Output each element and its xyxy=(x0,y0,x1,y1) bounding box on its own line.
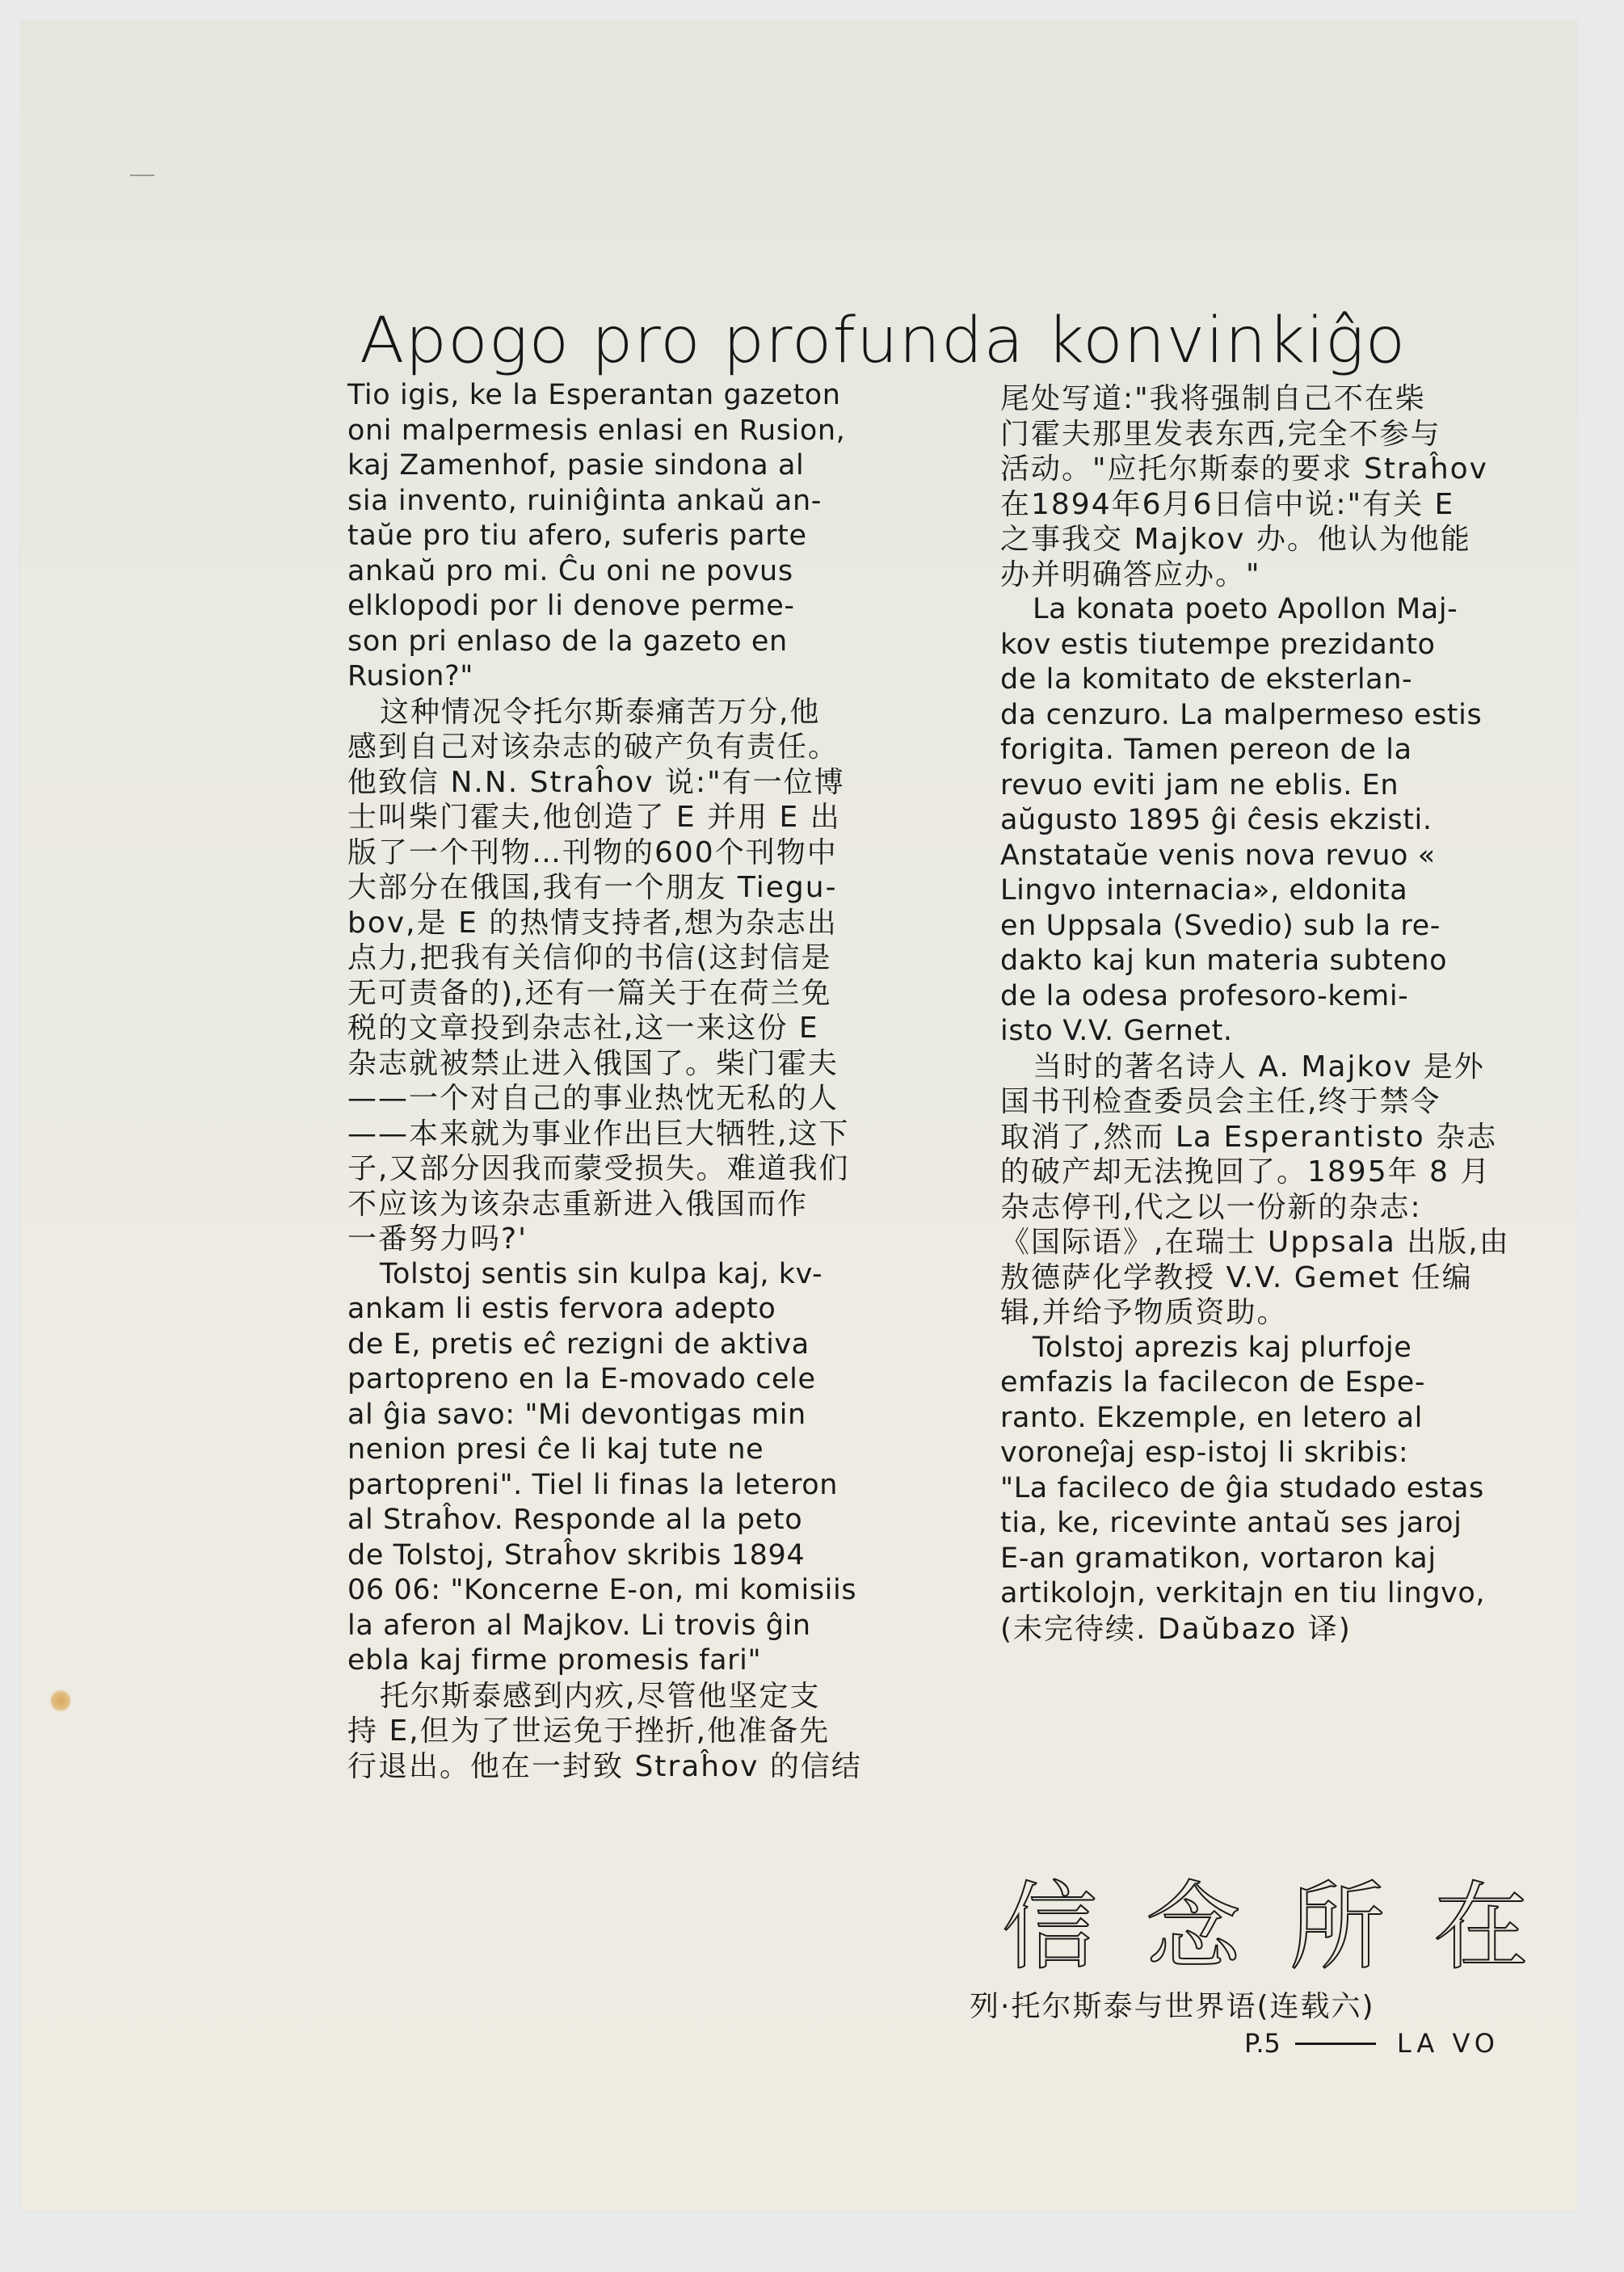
text-line: aŭgusto 1895 ĝi ĉesis ekzisti. xyxy=(1000,803,1598,839)
text-line: 杂志就被禁止进入俄国了。柴门霍夫 xyxy=(347,1046,961,1082)
text-line: artikolojn, verkitajn en tiu lingvo, xyxy=(1000,1576,1598,1612)
text-line: 辑,并给予物质资助。 xyxy=(1000,1295,1598,1331)
text-line: nenion presi ĉe li kaj tute ne xyxy=(347,1433,961,1468)
publication-name: LA VO xyxy=(1397,2028,1500,2059)
article-title: Apogo pro profunda konvinkiĝo xyxy=(360,305,1406,377)
calligraphy-heading: 信念所在 xyxy=(1002,1850,1577,1988)
text-line: 不应该为该杂志重新进入俄国而作 xyxy=(347,1187,961,1222)
text-line: Rusion?" xyxy=(347,659,961,695)
text-line: 之事我交 Majkov 办。他认为他能 xyxy=(1000,522,1598,557)
text-line: la aferon al Majkov. Li trovis ĝin xyxy=(347,1609,961,1644)
text-line: voroneĵaj esp-istoj li skribis: xyxy=(1000,1436,1598,1471)
text-line: 大部分在俄国,我有一个朋友 Tiegu- xyxy=(347,870,961,906)
text-line: bov,是 E 的热情支持者,想为杂志出 xyxy=(347,906,961,941)
text-line: 他致信 N.N. Straĥov 说:"有一位博 xyxy=(347,765,961,801)
text-line: La konata poeto Apollon Maj- xyxy=(1000,592,1598,628)
text-line: partopreno en la E-movado cele xyxy=(347,1362,961,1398)
text-line: de E, pretis eĉ rezigni de aktiva xyxy=(347,1327,961,1363)
text-line: Tolstoj sentis sin kulpa kaj, kv- xyxy=(347,1257,961,1293)
text-line: kaj Zamenhof, pasie sindona al xyxy=(347,448,961,484)
text-line: Tio igis, ke la Esperantan gazeton xyxy=(347,378,961,414)
text-line: isto V.V. Gernet. xyxy=(1000,1014,1598,1050)
series-subtitle: 列·托尔斯泰与世界语(连载六) xyxy=(970,1984,1375,2025)
text-line: Tolstoj aprezis kaj plurfoje xyxy=(1000,1331,1598,1366)
text-line: 版了一个刊物…刊物的600个刊物中 xyxy=(347,835,961,871)
text-line: 取消了,然而 La Esperantisto 杂志 xyxy=(1000,1120,1598,1155)
text-line: taŭe pro tiu afero, suferis parte xyxy=(347,519,961,554)
text-line: ——本来就为事业作出巨大牺牲,这下 xyxy=(347,1117,961,1152)
text-line: 《国际语》,在瑞士 Uppsala 出版,由 xyxy=(1000,1225,1598,1260)
text-line: de Tolstoj, Straĥov skribis 1894 xyxy=(347,1538,961,1574)
text-line: de la komitato de eksterlan- xyxy=(1000,663,1598,698)
text-line: 税的文章投到杂志社,这一来这份 E xyxy=(347,1011,961,1046)
text-line: 当时的著名诗人 A. Majkov 是外 xyxy=(1000,1050,1598,1085)
footer-rule xyxy=(1295,2043,1376,2045)
text-line: da cenzuro. La malpermeso estis xyxy=(1000,698,1598,734)
text-line: 活动。"应托尔斯泰的要求 Straĥov xyxy=(1000,452,1598,487)
text-line: E-an gramatikon, vortaron kaj xyxy=(1000,1542,1598,1577)
text-line: ankam li estis fervora adepto xyxy=(347,1292,961,1327)
text-line: 这种情况令托尔斯泰痛苦万分,他 xyxy=(347,695,961,730)
text-line: tia, ke, ricevinte antaŭ ses jaroj xyxy=(1000,1506,1598,1542)
text-line: 托尔斯泰感到内疚,尽管他坚定支 xyxy=(347,1679,961,1715)
text-line: 点力,把我有关信仰的书信(这封信是 xyxy=(347,940,961,976)
text-line: ——一个对自己的事业热忱无私的人 xyxy=(347,1081,961,1117)
text-line: sia invento, ruiniĝinta ankaŭ an- xyxy=(347,484,961,520)
text-line: 国书刊检查委员会主任,终于禁令 xyxy=(1000,1084,1598,1120)
text-line: 敖德萨化学教授 V.V. Gemet 任编 xyxy=(1000,1260,1598,1296)
page-footer: P.5 LA VO xyxy=(1244,2028,1500,2059)
text-line: ebla kaj firme promesis fari" xyxy=(347,1643,961,1679)
page-number: P.5 xyxy=(1244,2028,1281,2059)
text-line: 门霍夫那里发表东西,完全不参与 xyxy=(1000,417,1598,452)
text-line: "La facileco de ĝia studado estas xyxy=(1000,1471,1598,1507)
text-line: (未完待续. Daŭbazo 译) xyxy=(1000,1612,1598,1647)
text-line: 06 06: "Koncerne E-on, mi komisiis xyxy=(347,1573,961,1609)
text-line: 行退出。他在一封致 Straĥov 的信结 xyxy=(347,1749,961,1785)
text-line: 的破产却无法挽回了。1895年 8 月 xyxy=(1000,1155,1598,1190)
text-line: 无可责备的),还有一篇关于在荷兰免 xyxy=(347,976,961,1012)
text-line: 办并明确答应办。" xyxy=(1000,557,1598,593)
text-line: en Uppsala (Svedio) sub la re- xyxy=(1000,909,1598,945)
text-line: 一番努力吗?' xyxy=(347,1222,961,1257)
text-line: al ĝia savo: "Mi devontigas min xyxy=(347,1398,961,1433)
text-line: 子,又部分因我而蒙受损失。难道我们 xyxy=(347,1151,961,1187)
text-line: 杂志停刊,代之以一份新的杂志: xyxy=(1000,1190,1598,1226)
text-line: revuo eviti jam ne eblis. En xyxy=(1000,768,1598,804)
text-line: partopreni". Tiel li finas la leteron xyxy=(347,1468,961,1504)
text-line: Anstataŭe venis nova revuo « xyxy=(1000,839,1598,874)
text-line: de la odesa profesoro-kemi- xyxy=(1000,979,1598,1015)
text-line: oni malpermesis enlasi en Rusion, xyxy=(347,414,961,449)
text-line: kov estis tiutempe prezidanto xyxy=(1000,628,1598,663)
text-line: 在1894年6月6日信中说:"有关 E xyxy=(1000,487,1598,523)
text-line: 持 E,但为了世运免于挫折,他准备先 xyxy=(347,1714,961,1749)
text-line: 尾处写道:"我将强制自己不在柴 xyxy=(1000,381,1598,417)
left-column: Tio igis, ke la Esperantan gazetononi ma… xyxy=(347,378,961,1784)
text-line: Lingvo internacia», eldonita xyxy=(1000,873,1598,909)
text-line: ankaŭ pro mi. Ĉu oni ne povus xyxy=(347,554,961,590)
text-line: 感到自己对该杂志的破产负有责任。 xyxy=(347,730,961,765)
text-line: ranto. Ekzemple, en letero al xyxy=(1000,1401,1598,1437)
text-line: emfazis la facilecon de Espe- xyxy=(1000,1365,1598,1401)
right-column: 尾处写道:"我将强制自己不在柴门霍夫那里发表东西,完全不参与活动。"应托尔斯泰的… xyxy=(1000,381,1598,1647)
text-line: son pri enlaso de la gazeto en xyxy=(347,625,961,660)
text-line: 士叫柴门霍夫,他创造了 E 并用 E 出 xyxy=(347,800,961,835)
paper-stain xyxy=(50,1689,71,1712)
text-line: dakto kaj kun materia subteno xyxy=(1000,944,1598,979)
text-line: elklopodi por li denove perme- xyxy=(347,589,961,625)
paper-mark xyxy=(130,175,154,176)
text-line: forigita. Tamen pereon de la xyxy=(1000,733,1598,768)
text-line: al Straĥov. Responde al la peto xyxy=(347,1503,961,1538)
